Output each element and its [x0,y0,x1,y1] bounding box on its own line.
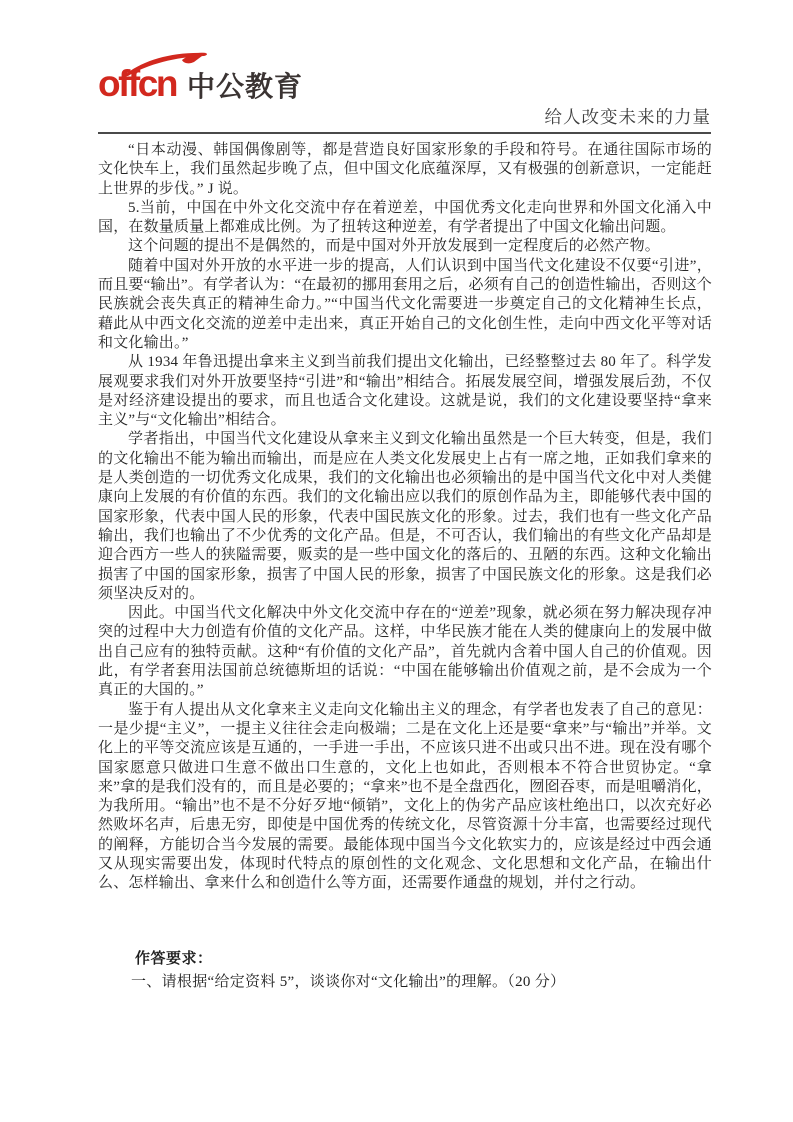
material-paragraph: 学者指出，中国当代文化建设从拿来主义到文化输出虽然是一个巨大转变，但是，我们的文… [98,430,712,604]
header-divider [98,132,711,134]
logo-swoosh-icon [124,50,210,76]
offcn-logo: offcn 中公教育 [98,65,303,102]
material-paragraph: 因此。中国当代文化解决中外文化交流中存在的“逆差”现象，就必须在努力解决现存冲突… [98,604,712,700]
material-text: “日本动漫、韩国偶像剧等，都是营造良好国家形象的手段和符号。在通往国际市场的文化… [98,141,712,894]
material-paragraph: 鉴于有人提出从文化拿来主义走向文化输出主义的理念，有学者也发表了自己的意见：一是… [98,701,712,894]
answer-requirements-section: 作答要求： 一、请根据“给定资料 5”，谈谈你对“文化输出”的理解。（20 分） [98,949,712,993]
material-paragraph: 这个问题的提出不是偶然的，而是中国对外开放发展到一定程度后的必然产物。 [98,237,712,256]
material-paragraph: “日本动漫、韩国偶像剧等，都是营造良好国家形象的手段和符号。在通往国际市场的文化… [98,141,712,199]
brand-header: offcn 中公教育 给人改变未来的力量 [0,0,793,134]
logo-cn-text: 中公教育 [187,73,303,102]
material-paragraph: 随着中国对外开放的水平进一步的提高，人们认识到中国当代文化建设不仅要“引进”，而… [98,257,712,353]
question-item: 一、请根据“给定资料 5”，谈谈你对“文化输出”的理解。（20 分） [98,972,712,993]
page-container: offcn 中公教育 给人改变未来的力量 “日本动漫、韩国偶像剧等，都是营造良好… [0,0,793,1122]
answer-requirements-heading: 作答要求： [98,949,712,970]
material-paragraph: 从 1934 年鲁迅提出拿来主义到当前我们提出文化输出，已经整整过去 80 年了… [98,353,712,430]
material-paragraph: 5.当前，中国在中外文化交流中存在着逆差，中国优秀文化走向世界和外国文化涌入中国… [98,199,712,238]
brand-logo: offcn 中公教育 [98,54,711,102]
brand-tagline: 给人改变未来的力量 [98,104,711,129]
